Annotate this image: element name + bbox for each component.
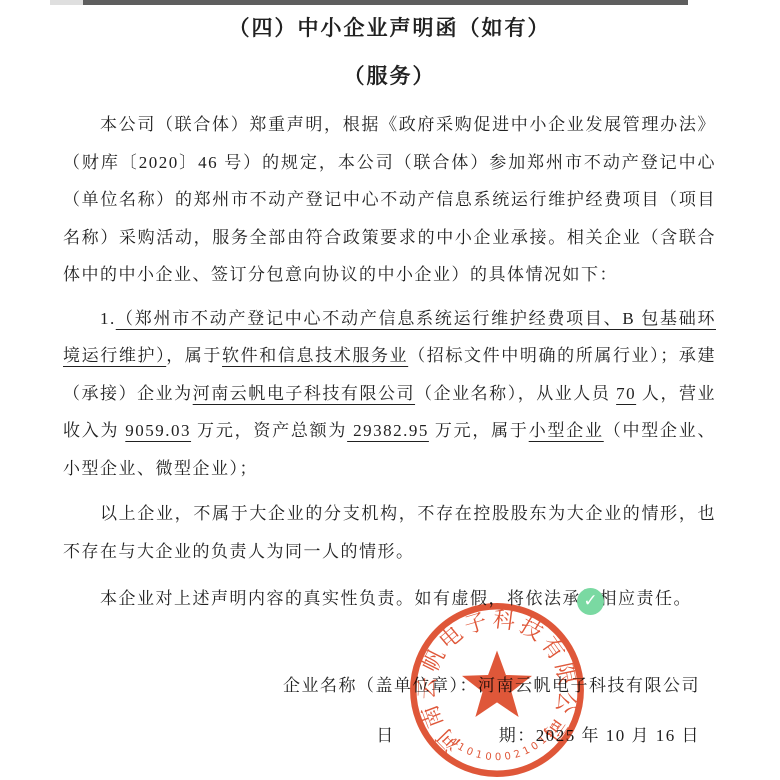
- declaration-paragraph-intro: 本公司（联合体）郑重声明，根据《政府采购促进中小企业发展管理办法》（财库〔202…: [63, 106, 716, 294]
- company-seal-stamp: 河南云帆电子科技有限公司 4101000210191: [405, 598, 589, 780]
- date-label-left: 日: [376, 726, 395, 745]
- document-body: 本公司（联合体）郑重声明，根据《政府采购促进中小企业发展管理办法》（财库〔202…: [63, 106, 716, 618]
- document-page: （四）中小企业声明函（如有） （服务） 本公司（联合体）郑重声明，根据《政府采购…: [0, 0, 780, 780]
- document-subtitle: （服务）: [63, 62, 716, 90]
- document-title: （四）中小企业声明函（如有）: [63, 14, 716, 42]
- date-line: 日期：2025 年 10 月 16 日: [63, 722, 700, 750]
- declaration-paragraph-enterprise-info: 1.（郑州市不动产登记中心不动产信息系统运行维护经费项目、B 包基础环境运行维护…: [63, 300, 716, 488]
- declaration-paragraph-liability: 本企业对上述声明内容的真实性负责。如有虚假，将依法承担相应责任。: [63, 580, 716, 618]
- signature-line: 企业名称（盖单位章）：河南云帆电子科技有限公司: [63, 672, 700, 700]
- declaration-paragraph-independence: 以上企业，不属于大企业的分支机构，不存在控股股东为大企业的情形，也不存在与大企业…: [63, 495, 716, 570]
- verified-check-icon: ✓: [577, 588, 604, 615]
- check-glyph: ✓: [583, 591, 597, 611]
- seal-star-icon: [462, 650, 532, 717]
- declaration-document: （四）中小企业声明函（如有） （服务） 本公司（联合体）郑重声明，根据《政府采购…: [63, 0, 716, 618]
